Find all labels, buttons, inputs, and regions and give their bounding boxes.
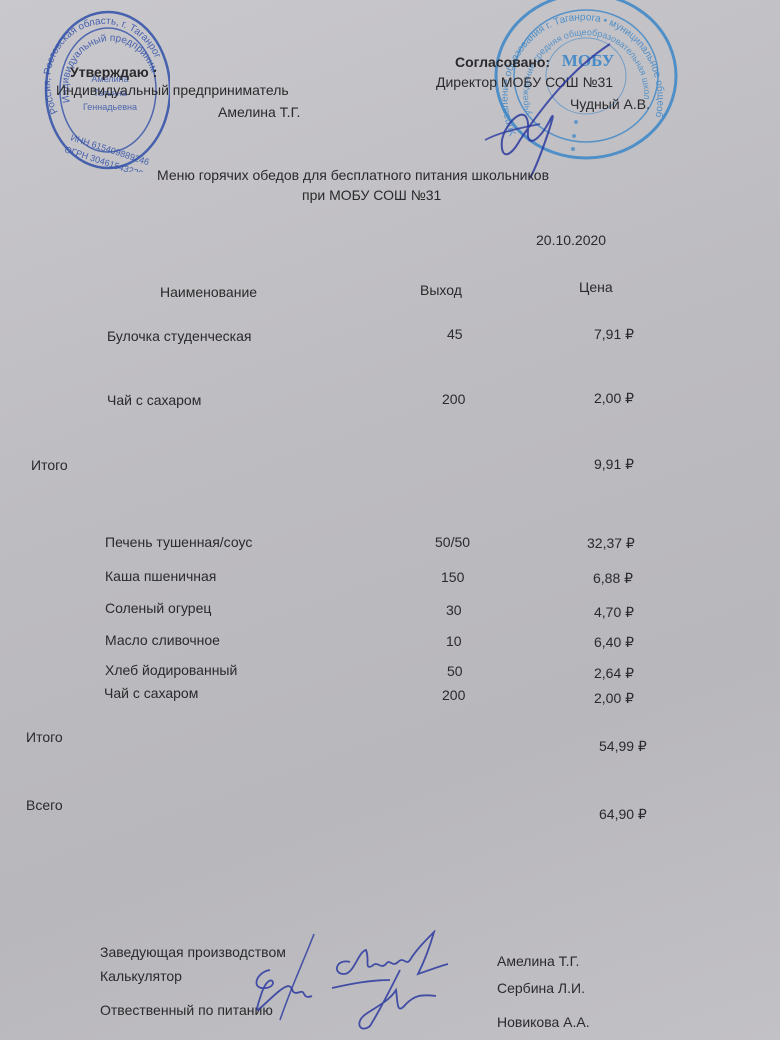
signature-name: Амелина Т.Г.	[497, 953, 579, 969]
item-yield: 50/50	[435, 534, 470, 550]
signature-role: Калькулятор	[100, 968, 182, 984]
item-yield: 150	[441, 569, 464, 585]
item-name: Чай с сахаром	[104, 685, 198, 701]
director-signature	[480, 40, 650, 180]
item-yield: 30	[446, 602, 462, 618]
item-price: 6,40 ₽	[594, 634, 634, 651]
handwritten-signatures	[240, 930, 490, 1040]
item-price: 32,37 ₽	[587, 535, 635, 552]
total-price: 64,90 ₽	[599, 806, 647, 823]
item-price: 2,64 ₽	[594, 665, 634, 682]
item-name: Хлеб йодированный	[105, 662, 237, 678]
item-yield: 200	[442, 687, 465, 703]
subtotal-label: Итого	[26, 729, 63, 745]
item-price: 2,00 ₽	[594, 390, 634, 407]
item-price: 4,70 ₽	[594, 604, 634, 621]
item-price: 7,91 ₽	[594, 326, 634, 343]
item-yield: 50	[447, 663, 463, 679]
subtotal-label: Итого	[31, 457, 68, 473]
item-yield: 10	[446, 633, 462, 649]
signature-name: Сербина Л.И.	[497, 980, 585, 996]
svg-text:Геннадьевна: Геннадьевна	[83, 102, 137, 112]
approval-position: Индивидуальный предприниматель	[56, 82, 289, 98]
item-price: 6,88 ₽	[593, 570, 633, 587]
signature-name: Новикова А.А.	[497, 1014, 590, 1030]
item-name: Булочка студенческая	[107, 328, 251, 344]
document-date: 20.10.2020	[536, 232, 606, 248]
item-yield: 45	[447, 326, 463, 342]
approval-heading: Утверждаю :	[70, 64, 157, 80]
subtotal-price: 54,99 ₽	[599, 738, 647, 755]
item-name: Печень тушенная/соус	[105, 534, 252, 550]
subtotal-price: 9,91 ₽	[594, 456, 634, 473]
header-yield: Выход	[420, 282, 462, 298]
header-price: Цена	[579, 279, 613, 295]
approval-name: Амелина Т.Г.	[218, 104, 300, 120]
total-label: Всего	[26, 797, 63, 813]
item-name: Чай с сахаром	[107, 392, 201, 408]
document-subtitle: при МОБУ СОШ №31	[302, 187, 441, 203]
header-name: Наименование	[160, 284, 257, 300]
item-yield: 200	[442, 391, 465, 407]
item-name: Соленый огурец	[105, 600, 211, 616]
item-name: Масло сливочное	[105, 632, 220, 648]
item-price: 2,00 ₽	[594, 690, 634, 707]
document-title: Меню горячих обедов для бесплатного пита…	[157, 167, 549, 183]
item-name: Каша пшеничная	[105, 568, 216, 584]
